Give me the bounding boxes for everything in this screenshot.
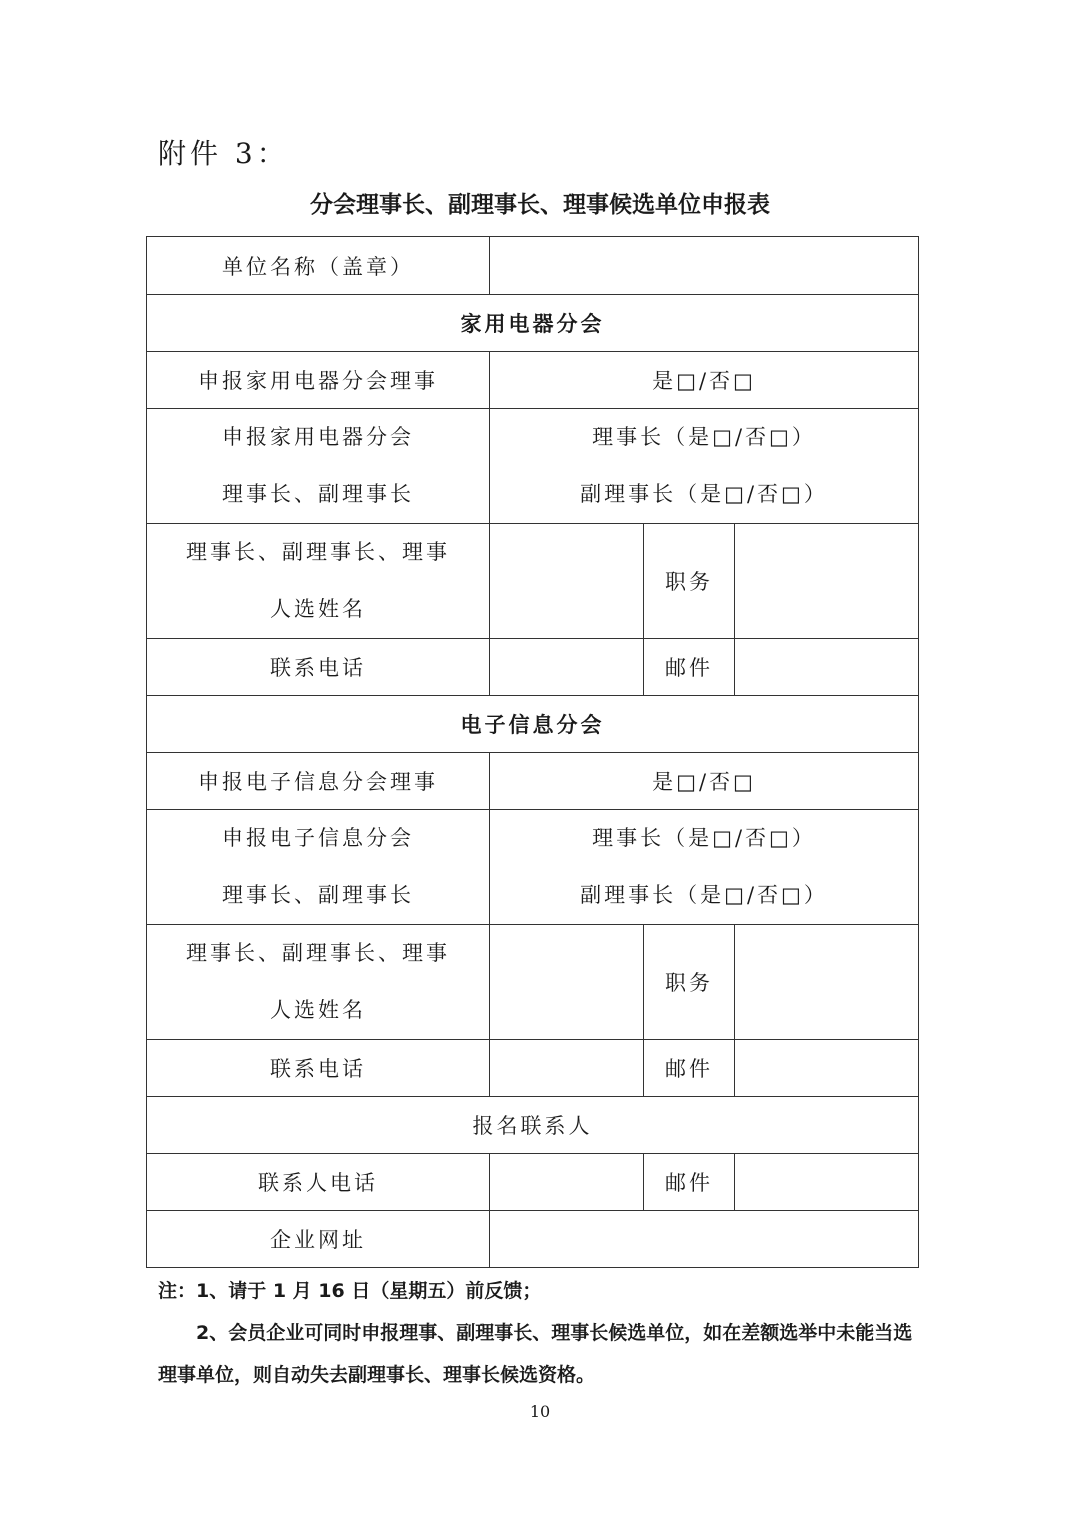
position-label: 职务 (644, 925, 735, 1040)
note-1: 注：1、请于 1 月 16 日（星期五）前反馈； (158, 1270, 918, 1312)
director-choice[interactable]: 是□/否□ (490, 352, 919, 409)
contact-phone-label: 联系人电话 (147, 1154, 490, 1211)
phone-field[interactable] (490, 1040, 644, 1097)
chair-choice[interactable]: 理事长（是□/否□）副理事长（是□/否□） (490, 409, 919, 524)
position-label: 职务 (644, 524, 735, 639)
website-field[interactable] (490, 1211, 919, 1268)
website-label: 企业网址 (147, 1211, 490, 1268)
candidate-name-field[interactable] (490, 925, 644, 1040)
section-heading-appliance: 家用电器分会 (147, 295, 919, 352)
director-choice[interactable]: 是□/否□ (490, 753, 919, 810)
position-field[interactable] (735, 524, 919, 639)
unit-name-field[interactable] (490, 237, 919, 295)
candidate-name-label: 理事长、副理事长、理事人选姓名 (147, 524, 490, 639)
director-label: 申报家用电器分会理事 (147, 352, 490, 409)
attachment-label: 附件 3： (158, 132, 289, 172)
note-2: 2、会员企业可同时申报理事、副理事长、理事长候选单位，如在差额选举中未能当选理事… (158, 1312, 918, 1396)
candidate-name-field[interactable] (490, 524, 644, 639)
email-label: 邮件 (644, 1040, 735, 1097)
contact-email-field[interactable] (735, 1154, 919, 1211)
chair-choice[interactable]: 理事长（是□/否□）副理事长（是□/否□） (490, 810, 919, 925)
section-heading-electronics: 电子信息分会 (147, 696, 919, 753)
unit-name-label: 单位名称（盖章） (147, 237, 490, 295)
email-label: 邮件 (644, 639, 735, 696)
email-field[interactable] (735, 639, 919, 696)
email-field[interactable] (735, 1040, 919, 1097)
notes: 注：1、请于 1 月 16 日（星期五）前反馈； 2、会员企业可同时申报理事、副… (158, 1270, 918, 1396)
candidate-name-label: 理事长、副理事长、理事人选姓名 (147, 925, 490, 1040)
phone-label: 联系电话 (147, 639, 490, 696)
application-form-table: 单位名称（盖章） 家用电器分会 申报家用电器分会理事 是□/否□ 申报家用电器分… (146, 236, 919, 1268)
page-number: 10 (0, 1402, 1080, 1421)
contact-email-label: 邮件 (644, 1154, 735, 1211)
director-label: 申报电子信息分会理事 (147, 753, 490, 810)
chair-label: 申报家用电器分会理事长、副理事长 (147, 409, 490, 524)
chair-label: 申报电子信息分会理事长、副理事长 (147, 810, 490, 925)
contact-phone-field[interactable] (490, 1154, 644, 1211)
contact-heading: 报名联系人 (147, 1097, 919, 1154)
phone-field[interactable] (490, 639, 644, 696)
phone-label: 联系电话 (147, 1040, 490, 1097)
form-title: 分会理事长、副理事长、理事候选单位申报表 (0, 186, 1080, 219)
position-field[interactable] (735, 925, 919, 1040)
